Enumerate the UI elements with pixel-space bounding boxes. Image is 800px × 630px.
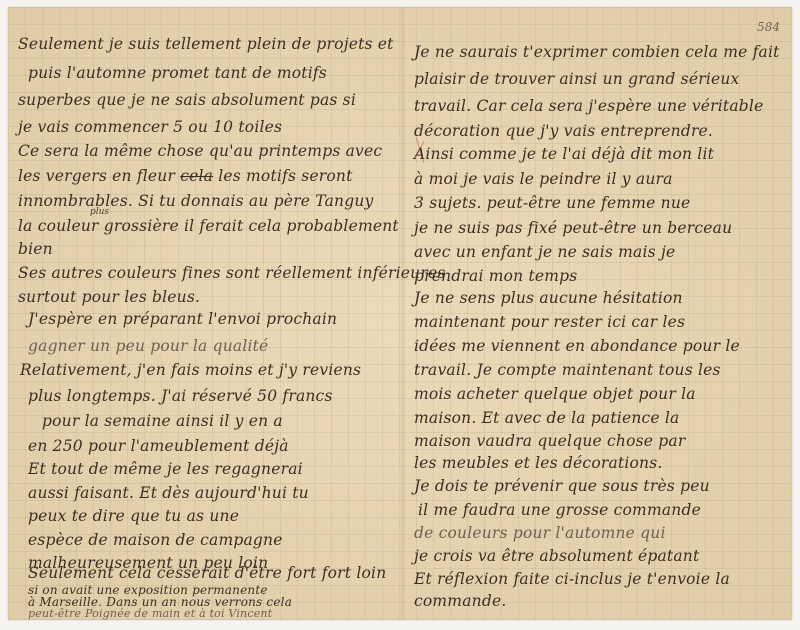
left-line-11: surtout pour les bleus. (18, 288, 200, 306)
right-line-12: maintenant pour rester ici car les (414, 313, 685, 331)
right-line-3: travail. Car cela sera j'espère une véri… (414, 97, 763, 115)
right-line-15: mois acheter quelque objet pour la (414, 385, 696, 403)
right-line-16: maison. Et avec de la patience la (414, 409, 680, 427)
left-line-1: Seulement je suis tellement plein de pro… (18, 35, 394, 53)
left-line-6: les vergers en fleur cela les motifs ser… (18, 167, 353, 185)
left-line-4: je vais commencer 5 ou 10 toiles (18, 118, 282, 136)
left-line-9: bien (18, 240, 53, 258)
left-line-6-a: les vergers en fleur (18, 167, 175, 185)
folio-number: 584 (757, 20, 780, 34)
left-line-23: Seulement cela cesserait d'être fort for… (28, 564, 386, 582)
right-line-5: Ainsi comme je te l'ai déjà dit mon lit (414, 145, 714, 163)
left-line-5: Ce sera la même chose qu'au printemps av… (18, 142, 382, 160)
right-line-11: Je ne sens plus aucune hésitation (414, 289, 683, 307)
right-line-23: Et réflexion faite ci-inclus je t'envoie… (414, 570, 730, 588)
left-line-17: en 250 pour l'ameublement déjà (28, 437, 289, 455)
struck-word: cela (180, 167, 213, 185)
right-line-4: décoration que j'y vais entreprendre. (414, 122, 713, 140)
right-line-2: plaisir de trouver ainsi un grand sérieu… (414, 70, 739, 88)
right-line-13: idées me viennent en abondance pour le (414, 337, 740, 355)
right-line-21: de couleurs pour l'automne qui (414, 524, 666, 542)
interlinear-insertion: plus (90, 207, 109, 217)
right-page: 584 Je ne saurais t'exprimer combien cel… (406, 7, 792, 620)
right-line-22: je crois va être absolument épatant (414, 547, 699, 565)
left-line-19: aussi faisant. Et dès aujourd'hui tu (28, 484, 309, 502)
right-line-6: à moi je vais le peindre il y aura (414, 170, 673, 188)
left-line-8: la couleur grossière il ferait cela prob… (18, 217, 399, 235)
left-line-2: puis l'automne promet tant de motifs (28, 64, 327, 82)
left-line-12: J'espère en préparant l'envoi prochain (28, 310, 337, 328)
left-line-6-b: les motifs seront (218, 167, 352, 185)
left-line-18: Et tout de même je les regagnerai (28, 460, 303, 478)
right-line-20: il me faudra une grosse commande (418, 501, 701, 519)
left-line-21: espèce de maison de campagne (28, 531, 283, 549)
right-line-8: je ne suis pas fixé peut-être un berceau (414, 219, 732, 237)
right-line-14: travail. Je compte maintenant tous les (414, 361, 721, 379)
right-line-18: les meubles et les décorations. (414, 454, 662, 472)
left-page: Seulement je suis tellement plein de pro… (8, 7, 400, 620)
left-line-20: peux te dire que tu as une (28, 507, 239, 525)
left-line-16: pour la semaine ainsi il y en a (42, 412, 283, 430)
left-line-3: superbes que je ne sais absolument pas s… (18, 91, 356, 109)
right-line-7: 3 sujets. peut-être une femme nue (414, 194, 690, 212)
right-line-17: maison vaudra quelque chose par (414, 432, 685, 450)
right-line-1: Je ne saurais t'exprimer combien cela me… (414, 43, 780, 61)
right-line-19: Je dois te prévenir que sous très peu (414, 477, 710, 495)
right-line-24: commande. (414, 592, 506, 610)
left-line-7: innombrables. Si tu donnais au père Tang… (18, 192, 374, 210)
letter-sheet: Seulement je suis tellement plein de pro… (8, 7, 792, 620)
right-line-9: avec un enfant je ne sais mais je (414, 243, 675, 261)
right-line-10: prendrai mon temps (414, 267, 577, 285)
left-line-10: Ses autres couleurs fines sont réellemen… (18, 264, 446, 282)
left-line-13: gagner un peu pour la qualité (28, 337, 268, 355)
left-line-15: plus longtemps. J'ai réservé 50 francs (28, 387, 333, 405)
left-line-26: peut-être Poignée de main et à toi Vince… (28, 607, 272, 620)
left-line-14: Relativement, j'en fais moins et j'y rev… (20, 361, 361, 379)
